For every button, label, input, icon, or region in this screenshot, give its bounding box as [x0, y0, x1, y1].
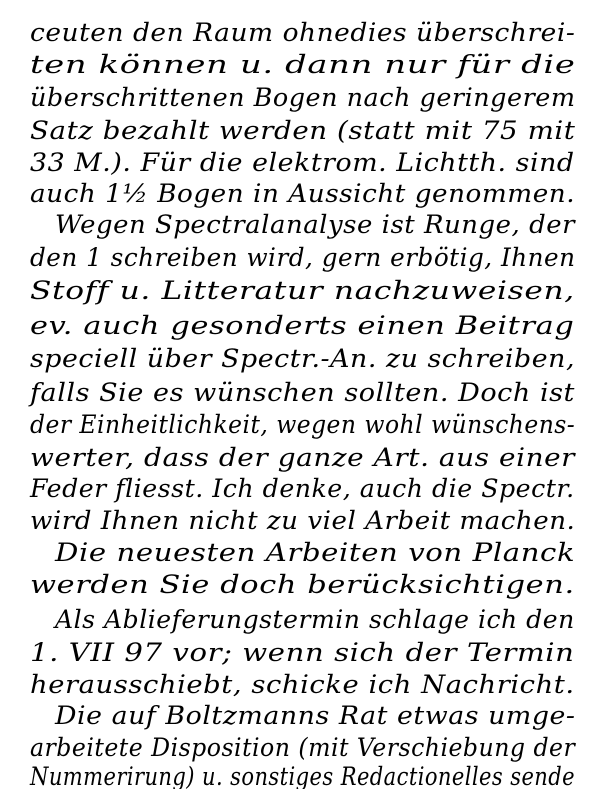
letter-line: überschrittenen Bogen nach geringerem [30, 83, 575, 112]
letter-line: werden Sie doch berücksichtigen. [30, 570, 575, 599]
letter-line: Als Ablieferungstermin schlage ich den [55, 605, 575, 634]
letter-line: Die auf Boltzmanns Rat etwas umge- [55, 701, 576, 730]
letter-line: Wegen Spectralanalyse ist Runge, der [55, 210, 575, 239]
letter-line: auch 1½ Bogen in Aussicht genommen. [30, 179, 575, 208]
letter-line: herausschiebt, schicke ich Nachricht. [30, 670, 575, 699]
letter-line: 1. VII 97 vor; wenn sich der Termin [30, 638, 574, 667]
letter-line: arbeitete Disposition (mit Verschiebung … [30, 733, 575, 762]
letter-line: ev. auch gesonderts einen Beitrag [30, 311, 574, 340]
letter-line: Stoff u. Litteratur nachzuweisen, [30, 276, 575, 305]
letter-line: ceuten den Raum ohnedies überschrei- [30, 18, 575, 47]
letter-line: Feder fliesst. Ich denke, auch die Spect… [30, 474, 575, 503]
letter-line: speciell über Spectr.-An. zu schreiben, [30, 344, 575, 373]
letter-line: wird Ihnen nicht zu viel Arbeit machen. [30, 506, 575, 535]
handwritten-letter-page: ceuten den Raum ohnedies überschrei- ten… [0, 0, 600, 789]
letter-line: Satz bezahlt werden (statt mit 75 mit [30, 116, 575, 145]
letter-line: werter, dass der ganze Art. aus einer [30, 443, 575, 472]
letter-line: ten können u. dann nur für die [30, 50, 575, 79]
letter-line: der Einheitlichkeit, wegen wohl wünschen… [30, 410, 575, 439]
letter-line: den 1 schreiben wird, gern erbötig, Ihne… [30, 243, 575, 272]
letter-line: 33 M.). Für die elektrom. Lichtth. sind [30, 148, 575, 177]
letter-line: Die neuesten Arbeiten von Planck [55, 538, 575, 567]
letter-line: falls Sie es wünschen sollten. Doch ist [30, 378, 575, 407]
letter-line: Nummerirung) u. sonstiges Redactionelles… [30, 762, 575, 789]
